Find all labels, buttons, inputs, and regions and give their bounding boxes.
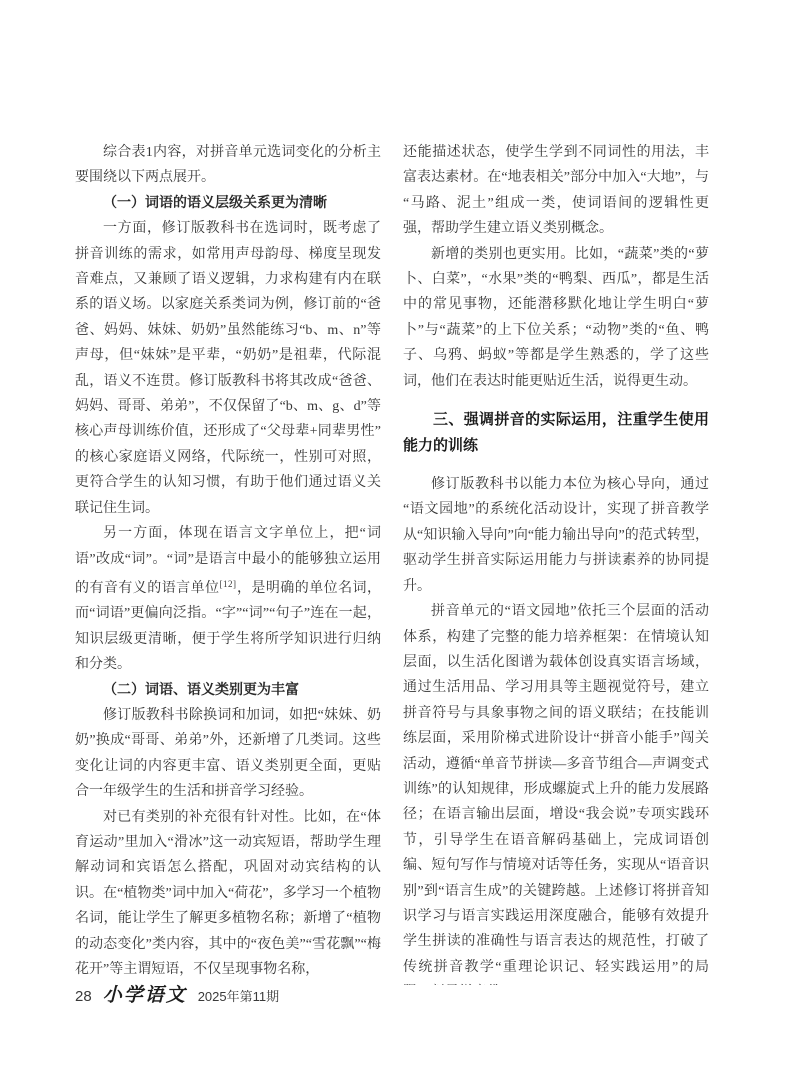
journal-page: 综合表1内容，对拼音单元选词变化的分析主要围绕以下两点展开。 （一）词语的语义层… — [0, 0, 800, 1077]
citation-marker: [12] — [220, 579, 237, 589]
body-paragraph: 还能描述状态，使学生学到不同词性的用法，丰富表达素材。在“地表相关”部分中加入“… — [403, 140, 709, 242]
right-column: 还能描述状态，使学生学到不同词性的用法，丰富表达素材。在“地表相关”部分中加入“… — [403, 140, 709, 985]
article-body: 综合表1内容，对拼音单元选词变化的分析主要围绕以下两点展开。 （一）词语的语义层… — [75, 140, 709, 985]
subsection-heading-two: （二）词语、语义类别更为丰富 — [75, 678, 381, 703]
body-paragraph: 修订版教科书除换词和加词，如把“妹妹、奶奶”换成“哥哥、弟弟”外，还新增了几类词… — [75, 703, 381, 805]
body-paragraph: 新增的类别也更实用。比如，“蔬菜”类的“萝卜、白菜”，“水果”类的“鸭梨、西瓜”… — [403, 242, 709, 394]
body-paragraph: 另一方面，体现在语言文字单位上，把“词语”改成“词”。“词”是语言中最小的能够独… — [75, 521, 381, 677]
section-heading-three: 三、强调拼音的实际运用，注重学生使用能力的训练 — [403, 407, 709, 459]
journal-name-logo: 小学语文 — [103, 980, 187, 1007]
page-footer: 28 小学语文 2025年第11期 — [75, 980, 279, 1007]
page-number: 28 — [75, 988, 92, 1005]
body-paragraph: 拼音单元的“语文园地”依托三个层面的活动体系，构建了完整的能力培养框架：在情境认… — [403, 599, 709, 985]
left-column: 综合表1内容，对拼音单元选词变化的分析主要围绕以下两点展开。 （一）词语的语义层… — [75, 140, 381, 985]
issue-info: 2025年第11期 — [198, 986, 279, 1005]
body-paragraph: 一方面，修订版教科书在选词时，既考虑了拼音训练的需求，如常用声母韵母、梯度呈现发… — [75, 216, 381, 521]
subsection-heading-one: （一）词语的语义层级关系更为清晰 — [75, 191, 381, 216]
body-paragraph: 综合表1内容，对拼音单元选词变化的分析主要围绕以下两点展开。 — [75, 140, 381, 191]
body-paragraph: 修订版教科书以能力本位为核心导向，通过“语文园地”的系统化活动设计，实现了拼音教… — [403, 472, 709, 599]
body-paragraph: 对已有类别的补充很有针对性。比如，在“体育运动”里加入“滑冰”这一动宾短语，帮助… — [75, 805, 381, 983]
